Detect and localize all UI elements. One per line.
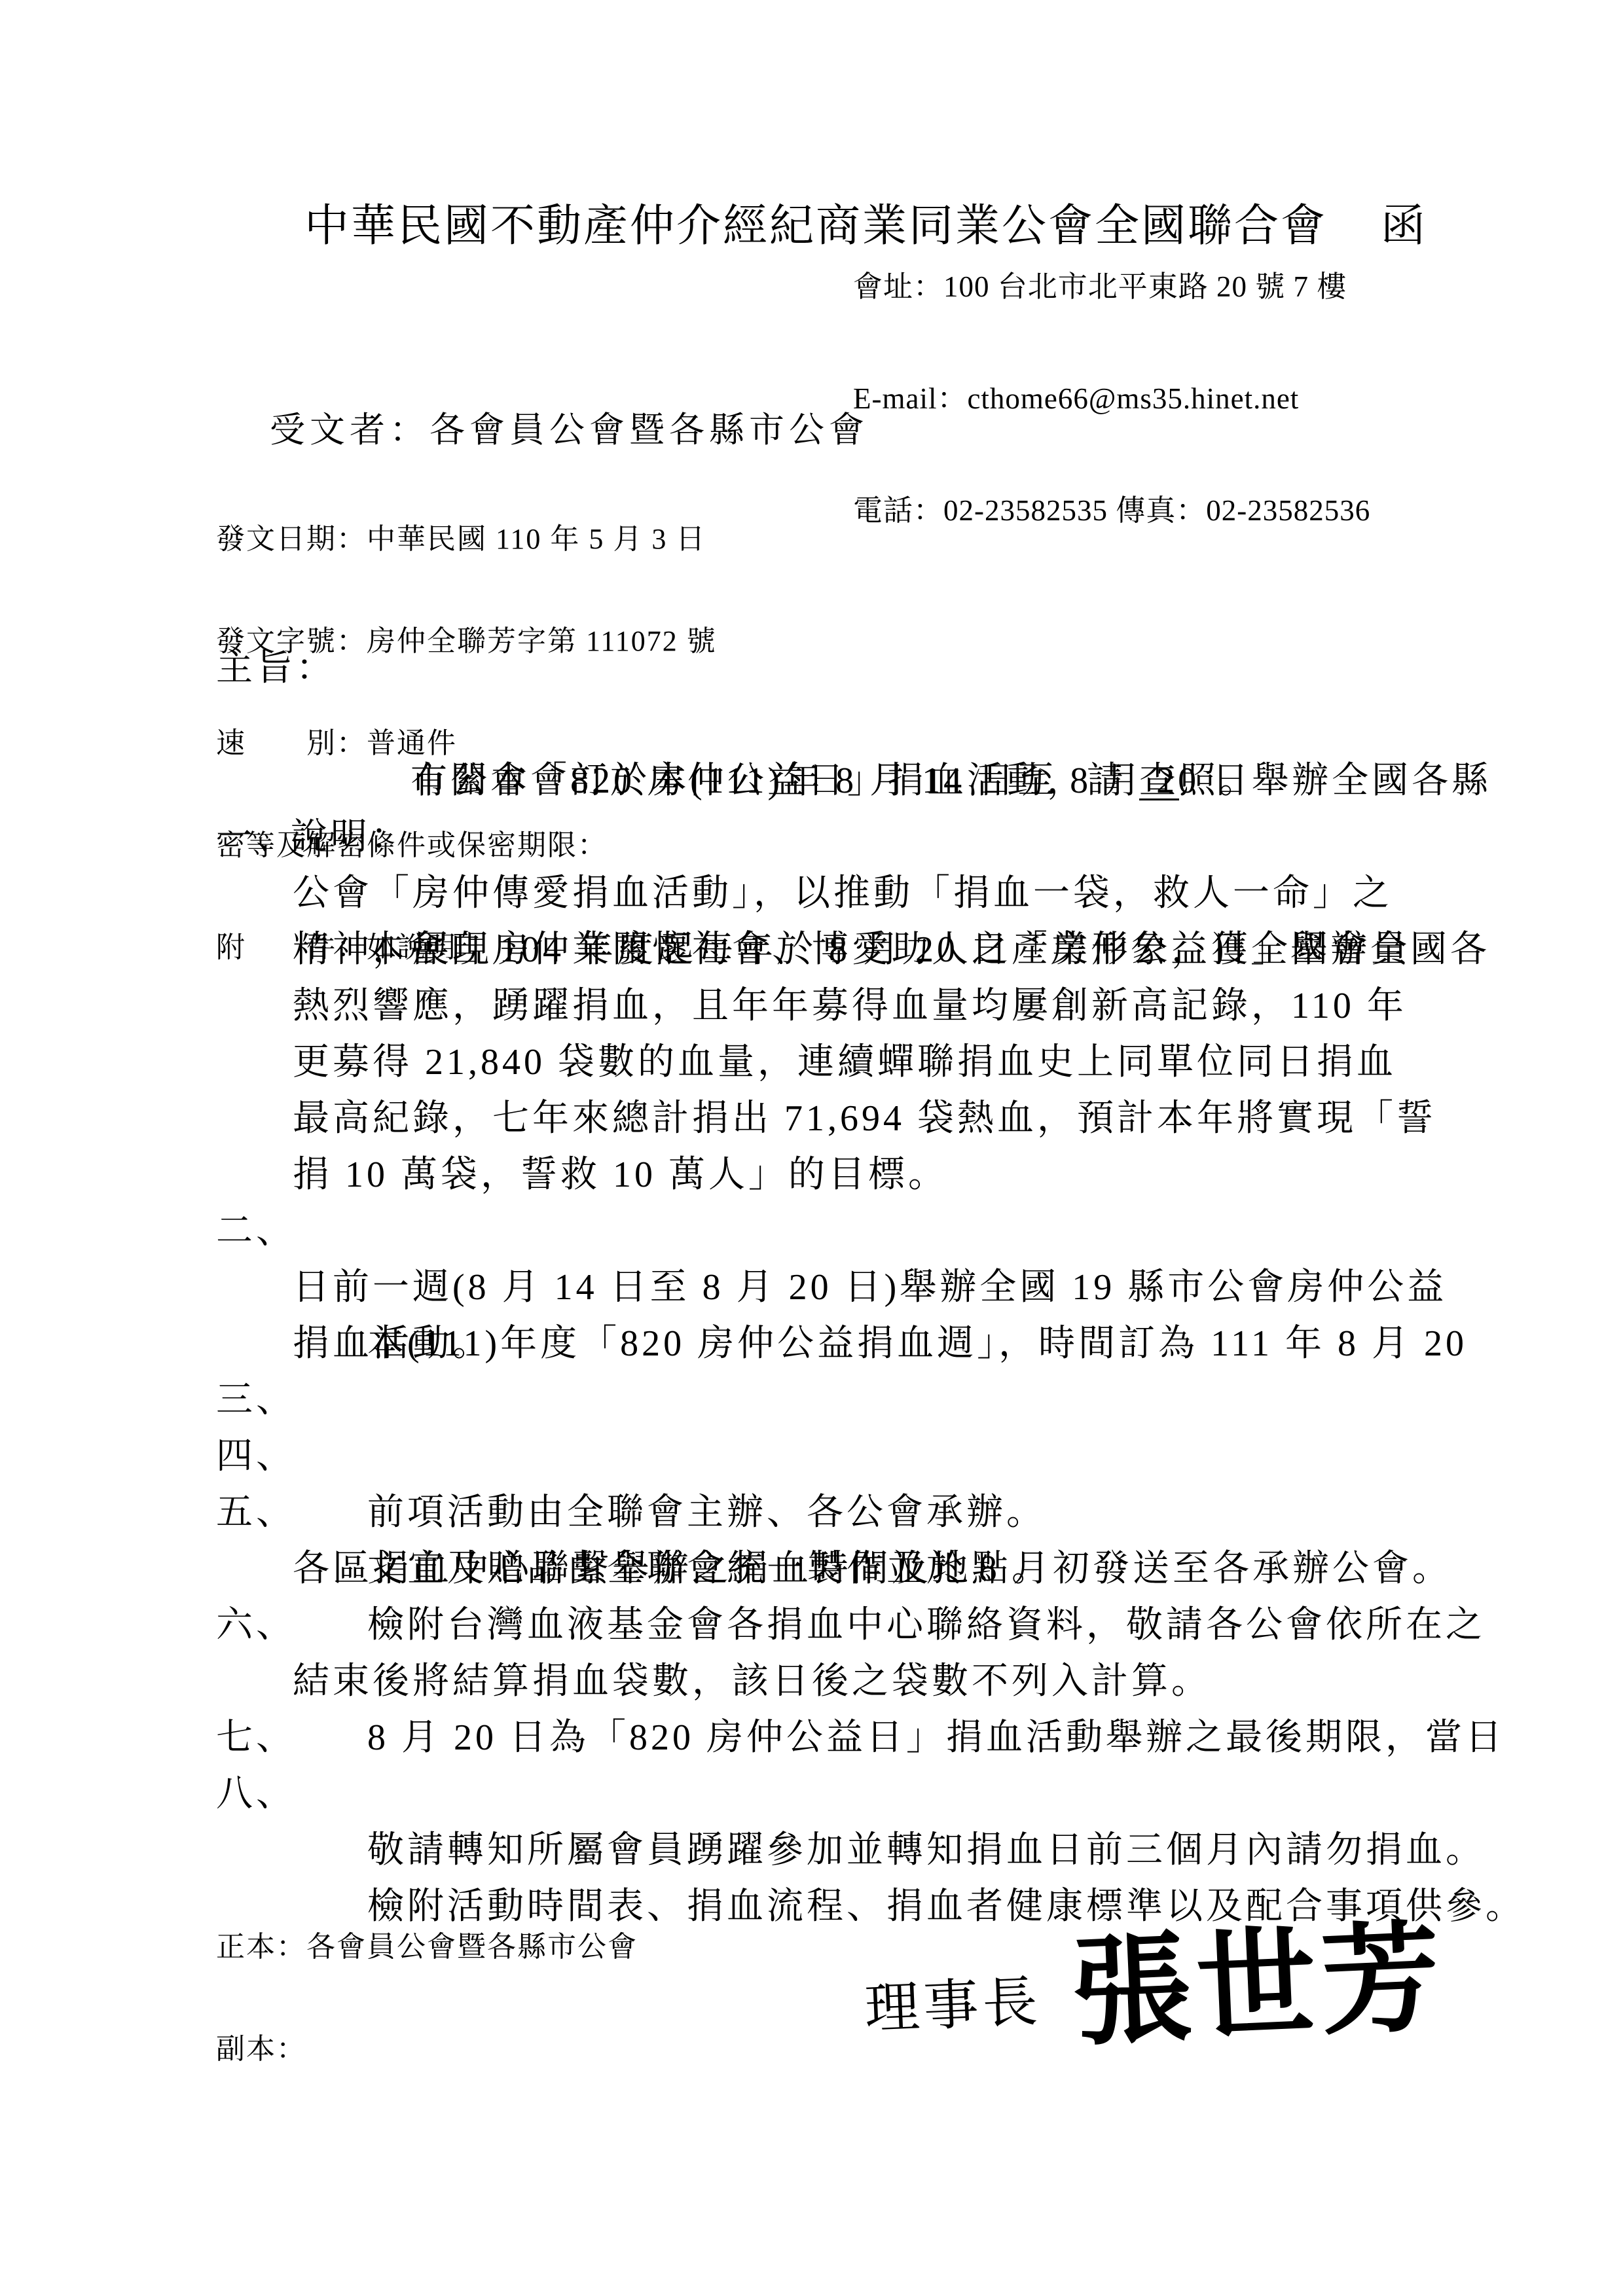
item-1-line-7: 捐 10 萬袋，誓救 10 萬人」的目標。: [216, 1147, 1525, 1203]
item-5-line-1: 五、 檢附台灣血液基金會各捐血中心聯絡資料，敬請各公會依所在之: [216, 1484, 1525, 1541]
item-7-marker: 七、: [216, 1710, 296, 1766]
item-3-line-1: 三、 前項活動由全聯會主辦、各公會承辦。: [216, 1372, 1525, 1428]
contact-block: 會址：100 台北市北平東路 20 號 7 樓 E-mail：cthome66@…: [853, 194, 1370, 604]
item-1-text-2: 公會「房仲傳愛捐血活動」，以推動「捐血一袋，救人一命」之: [216, 865, 1393, 922]
subject-line-2: 市公會「820 房仲公益日」捐血活動，請 查照。: [216, 696, 1525, 753]
recipient-label: 受文者：: [270, 410, 429, 450]
subject-line-1: 主旨： 有關本會訂於本(111)年 8 月 14 日至 8 月 20 日舉辦全國…: [216, 640, 1525, 696]
item-1-text-7: 捐 10 萬袋，誓救 10 萬人」的目標。: [216, 1147, 948, 1203]
item-1-line-2: 公會「房仲傳愛捐血活動」，以推動「捐血一袋，救人一命」之: [216, 865, 1525, 922]
original-copy-label: 正本：: [216, 1931, 306, 1963]
item-8-marker: 八、: [216, 1766, 296, 1822]
item-2-line-1: 二、 本(111)年度「820 房仲公益捐血週」，時間訂為 111 年 8 月 …: [216, 1203, 1525, 1259]
contact-phone-fax: 電話：02-23582535 傳真：02-23582536: [853, 492, 1370, 529]
item-7-line-1: 七、 敬請轉知所屬會員踴躍參加並轉知捐血日前三個月內請勿捐血。: [216, 1710, 1525, 1766]
item-5-line-2: 各區捐血中心聯繫舉辦之捐血時間及地點。: [216, 1541, 1525, 1597]
item-1-marker: 一、: [216, 809, 296, 865]
signature-block: 理事長 張世芳: [862, 1920, 1448, 2064]
contact-email: E-mail：cthome66@ms35.hinet.net: [853, 380, 1370, 418]
letter-body: 主旨： 有關本會訂於本(111)年 8 月 14 日至 8 月 20 日舉辦全國…: [216, 640, 1525, 1822]
item-2-line-3: 捐血活動。: [216, 1316, 1525, 1372]
item-2-text-2: 日前一週(8 月 14 日至 8 月 20 日)舉辦全國 19 縣市公會房仲公益: [216, 1259, 1447, 1316]
item-6-line-1: 六、 8 月 20 日為「820 房仲公益日」捐血活動舉辦之最後期限，當日: [216, 1597, 1525, 1653]
meta-issue-date: 發文日期：中華民國 110 年 5 月 3 日: [216, 522, 717, 556]
explanation-heading: 說明：: [216, 753, 1525, 809]
subject-label: 主旨：: [216, 640, 336, 696]
item-4-marker: 四、: [216, 1428, 296, 1484]
item-1-text-5: 更募得 21,840 袋數的血量，連續蟬聯捐血史上同單位同日捐血: [216, 1034, 1396, 1090]
distribution-block: 正本：各會員公會暨各縣市公會 副本：: [216, 1862, 638, 2134]
item-1-line-5: 更募得 21,840 袋數的血量，連續蟬聯捐血史上同單位同日捐血: [216, 1034, 1525, 1090]
doc-type-label: 函: [1381, 201, 1427, 251]
item-6-line-2: 結束後將結算捐血袋數，該日後之袋數不列入計算。: [216, 1653, 1525, 1710]
original-copy-line: 正本：各會員公會暨各縣市公會: [216, 1930, 638, 1964]
item-5-text-2: 各區捐血中心聯繫舉辦之捐血時間及地點。: [216, 1541, 1051, 1597]
item-6-text-2: 結束後將結算捐血袋數，該日後之袋數不列入計算。: [216, 1653, 1211, 1710]
item-1-text-3: 精神，展現房仲業關懷社會、博愛助人之產業形象，獲全國會員: [216, 922, 1411, 978]
cc-line: 副本：: [216, 2032, 638, 2066]
chairman-name: 張世芳: [1070, 1920, 1448, 2055]
original-copy-value: 各會員公會暨各縣市公會: [306, 1931, 638, 1963]
cc-label: 副本：: [216, 2033, 306, 2065]
item-8-line-1: 八、 檢附活動時間表、捐血流程、捐血者健康標準以及配合事項供參。: [216, 1766, 1525, 1822]
item-1-text-4: 熱烈響應，踴躍捐血，且年年募得血量均屢創新高記錄，110 年: [216, 978, 1407, 1034]
letter-page: 中華民國不動產仲介經紀商業同業公會全國聯合會函 會址：100 台北市北平東路 2…: [0, 0, 1623, 2296]
item-1-text-6: 最高紀錄，七年來總計捐出 71,694 袋熱血，預計本年將實現「誓: [216, 1090, 1436, 1147]
contact-address: 會址：100 台北市北平東路 20 號 7 樓: [853, 268, 1370, 306]
item-1-line-3: 精神，展現房仲業關懷社會、博愛助人之產業形象，獲全國會員: [216, 922, 1525, 978]
item-1-line-6: 最高紀錄，七年來總計捐出 71,694 袋熱血，預計本年將實現「誓: [216, 1090, 1525, 1147]
item-2-line-2: 日前一週(8 月 14 日至 8 月 20 日)舉辦全國 19 縣市公會房仲公益: [216, 1259, 1525, 1316]
item-2-marker: 二、: [216, 1203, 296, 1259]
chairman-title: 理事長: [863, 1958, 1044, 2064]
item-1-line-4: 熱烈響應，踴躍捐血，且年年募得血量均屢創新高記錄，110 年: [216, 978, 1525, 1034]
recipient-value: 各會員公會暨各縣市公會: [429, 410, 869, 450]
item-1-line-1: 一、 本會自 104 年度起每年於 8 月 20 日「房仲公益日」舉辦全國各: [216, 809, 1525, 865]
item-5-marker: 五、: [216, 1484, 296, 1541]
item-4-line-1: 四、 文宣及贈品由全聯會統一製作並於 8 月初發送至各承辦公會。: [216, 1428, 1525, 1484]
item-2-text-3: 捐血活動。: [216, 1316, 492, 1372]
item-6-marker: 六、: [216, 1597, 296, 1653]
item-3-marker: 三、: [216, 1372, 296, 1428]
